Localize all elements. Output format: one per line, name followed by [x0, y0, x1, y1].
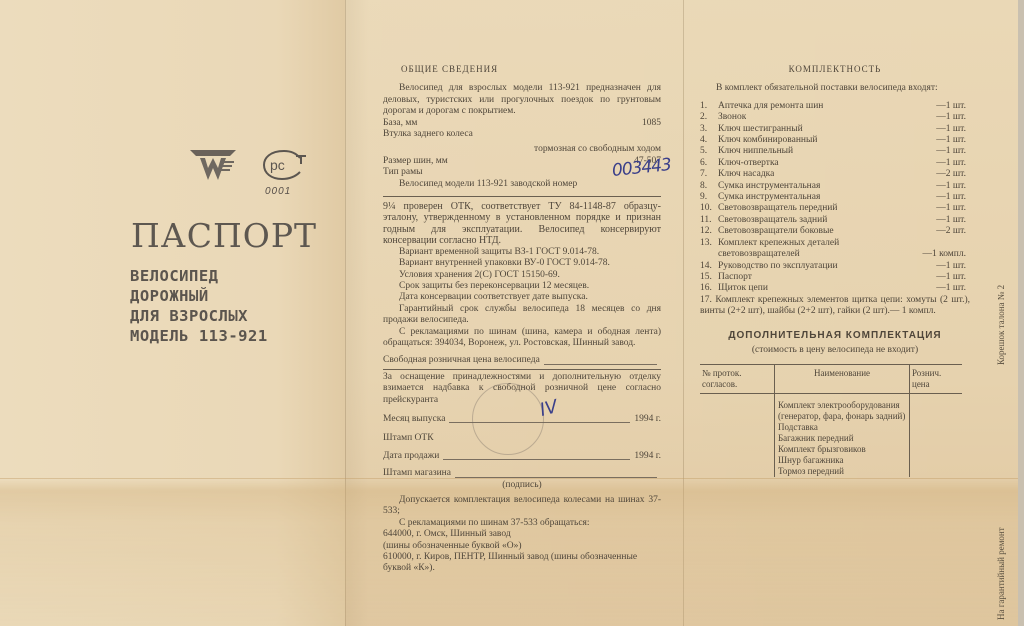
table-row: Багажник передний [700, 433, 962, 444]
kit-item-name: Руководство по эксплуатации [718, 261, 838, 272]
extra-item-name: Комплект электрооборудования (генератор,… [775, 394, 910, 423]
kit-item-name: Ключ-отвертка [718, 158, 779, 169]
kit-section: КОМПЛЕКТНОСТЬ В комплект обязательной по… [700, 64, 970, 477]
otk-paragraph: 9¼ проверен ОТК, соответствует ТУ 84-114… [383, 201, 661, 247]
claims-533: С рекламациями по шинам 37-533 обращатьс… [383, 518, 661, 529]
kit-item: 14.Руководство по эксплуатации—1 шт. [700, 261, 970, 272]
kit-item-17: 17. Комплект крепежных элементов щитка ц… [700, 295, 970, 318]
kit-item: 4.Ключ комбинированный—1 шт. [700, 135, 970, 146]
kit-intro: В комплект обязательной поставки велосип… [700, 83, 970, 94]
protection-term-line: Срок защиты без переконсервации 12 месяц… [383, 281, 661, 292]
column-header: № проток. согласов. [700, 365, 775, 394]
spec-row: Втулка заднего колеса [383, 129, 661, 140]
kit-item-quantity: —2 шт. [936, 169, 970, 180]
kit-item: 2.Звонок—1 шт. [700, 112, 970, 123]
warranty-line: Гарантийный срок службы велосипеда 18 ме… [383, 304, 661, 327]
kit-item-number: 8. [700, 181, 718, 192]
tire-claims: С рекламациями по шинам (шина, камера и … [383, 327, 661, 350]
general-info-section: ОБЩИЕ СВЕДЕНИЯ Велосипед для взрослых мо… [383, 64, 661, 575]
stub-title: Корешок талона № 2 [996, 285, 1006, 365]
spec-row: База, мм1085 [383, 118, 661, 129]
subtitle-line: ВЕЛОСИПЕД [130, 266, 268, 286]
kit-item-quantity: —1 шт. [936, 192, 970, 203]
table-row: Комплект брызговиков [700, 444, 962, 455]
kit-item-number: 2. [700, 112, 718, 123]
section-heading: ОБЩИЕ СВЕДЕНИЯ [383, 64, 661, 75]
kit-item-quantity: —1 шт. [936, 101, 970, 112]
kit-item: 6.Ключ-отвертка—1 шт. [700, 158, 970, 169]
kit-item-quantity: —1 шт. [936, 215, 970, 226]
subtitle-line: ДЛЯ ВЗРОСЛЫХ [130, 306, 268, 326]
protection-line: Вариант временной защиты ВЗ-1 ГОСТ 9.014… [383, 247, 661, 258]
table-row: Подставка [700, 422, 962, 433]
kit-item-number: 13. [700, 238, 718, 261]
address-line: 644000, г. Омск, Шинный завод [383, 529, 661, 540]
address-line: 610000, г. Киров, ПЕНТР, Шинный завод (ш… [383, 552, 661, 575]
conservation-date-line: Дата консервации соответствует дате выпу… [383, 292, 661, 303]
kit-item-quantity: —1 компл. [922, 249, 970, 260]
passport-title: ПАСПОРТ [131, 216, 317, 255]
kit-item-quantity: —1 шт. [936, 146, 970, 157]
kit-item-name: Световозвращатели боковые [718, 226, 834, 237]
extra-item-name: Комплект брызговиков [775, 444, 910, 455]
kit-item-name: Сумка инструментальная [718, 181, 820, 192]
warranty-stub: Корешок талона № 2 На гарантийный ремонт [993, 0, 1013, 626]
kit-item-number: 6. [700, 158, 718, 169]
kit-item-number: 7. [700, 169, 718, 180]
kit-item-quantity: —2 шт. [936, 226, 970, 237]
packaging-line: Вариант внутренней упаковки ВУ-0 ГОСТ 9.… [383, 258, 661, 269]
divider [383, 369, 661, 370]
kit-item-quantity: —1 шт. [936, 283, 970, 294]
kit-item: 12.Световозвращатели боковые—2 шт. [700, 226, 970, 237]
extra-heading: ДОПОЛНИТЕЛЬНАЯ КОМПЛЕКТАЦИЯ [700, 330, 970, 341]
column-header: Рознич. цена [910, 365, 963, 394]
kit-item-number: 3. [700, 124, 718, 135]
table-row: Комплект электрооборудования (генератор,… [700, 394, 962, 423]
kit-item: 15.Паспорт—1 шт. [700, 272, 970, 283]
extra-kit-table: № проток. согласов. Наименование Рознич.… [700, 364, 962, 477]
kit-item: 10.Световозвращатель передний—1 шт. [700, 203, 970, 214]
kit-item: 11.Световозвращатель задний—1 шт. [700, 215, 970, 226]
kit-item-name: Комплект крепежных деталей световозвраща… [718, 238, 878, 261]
kit-item-number: 12. [700, 226, 718, 237]
extra-item-name: Подставка [775, 422, 910, 433]
kit-item-number: 5. [700, 146, 718, 157]
kit-item: 5.Ключ ниппельный—1 шт. [700, 146, 970, 157]
kit-item-name: Щиток цепи [718, 283, 768, 294]
kit-item-name: Паспорт [718, 272, 752, 283]
kit-item: 9.Сумка инструментальная—1 шт. [700, 192, 970, 203]
shop-stamp-row: Штамп магазина [383, 468, 661, 479]
kit-item-name: Сумка инструментальная [718, 192, 820, 203]
kit-item-number: 1. [700, 101, 718, 112]
kit-item-quantity: —1 шт. [936, 112, 970, 123]
manufacturer-logo-icon [190, 148, 236, 182]
kit-item-number: 10. [700, 203, 718, 214]
kit-item-number: 9. [700, 192, 718, 203]
subtitle-line: ДОРОЖНЫЙ [130, 286, 268, 306]
kit-item-name: Световозвращатель передний [718, 203, 837, 214]
extra-item-name: Тормоз передний [775, 466, 910, 477]
wheels-note: Допускается комплектация велосипеда коле… [383, 495, 661, 518]
kit-item: 8.Сумка инструментальная—1 шт. [700, 181, 970, 192]
kit-item-quantity: —1 шт. [936, 203, 970, 214]
kit-item-number: 14. [700, 261, 718, 272]
extra-subheading: (стоимость в цену велосипеда не входит) [700, 345, 970, 356]
kit-list: 1.Аптечка для ремонта шин—1 шт.2.Звонок—… [700, 101, 970, 295]
page-edge [1018, 0, 1024, 626]
kit-item-number: 15. [700, 272, 718, 283]
kit-item: 1.Аптечка для ремонта шин—1 шт. [700, 101, 970, 112]
cover-subtitle: ВЕЛОСИПЕД ДОРОЖНЫЙ ДЛЯ ВЗРОСЛЫХ МОДЕЛЬ 1… [130, 266, 268, 346]
kit-item-quantity: —1 шт. [936, 124, 970, 135]
storage-line: Условия хранения 2(С) ГОСТ 15150-69. [383, 270, 661, 281]
extra-item-name: Багажник передний [775, 433, 910, 444]
kit-item-name: Звонок [718, 112, 746, 123]
intro-paragraph: Велосипед для взрослых модели 113-921 пр… [383, 83, 661, 117]
otk-stamp [472, 383, 544, 455]
section-heading: КОМПЛЕКТНОСТЬ [700, 64, 970, 75]
kit-item-name: Ключ насадка [718, 169, 774, 180]
signature-label: (подпись) [383, 480, 661, 491]
kit-item-name: Ключ ниппельный [718, 146, 793, 157]
kit-item-name: Аптечка для ремонта шин [718, 101, 823, 112]
kit-item-name: Световозвращатель задний [718, 215, 827, 226]
kit-item: 7.Ключ насадка—2 шт. [700, 169, 970, 180]
column-header: Наименование [775, 365, 910, 394]
kit-item: 3.Ключ шестигранный—1 шт. [700, 124, 970, 135]
kit-item-number: 11. [700, 215, 718, 226]
kit-item-quantity: —1 шт. [936, 272, 970, 283]
kit-item-name: Ключ комбинированный [718, 135, 817, 146]
sale-date-row: Дата продажи1994 г. [383, 451, 661, 462]
kit-item-quantity: —1 шт. [936, 181, 970, 192]
stub-caption: На гарантийный ремонт [996, 527, 1006, 620]
table-row: Тормоз передний [700, 466, 962, 477]
kit-item-number: 16. [700, 283, 718, 294]
kit-item: 16.Щиток цепи—1 шт. [700, 283, 970, 294]
table-row: Шнур багажника [700, 455, 962, 466]
extra-item-name: Шнур багажника [775, 455, 910, 466]
kit-item-name: Ключ шестигранный [718, 124, 803, 135]
subtitle-line: МОДЕЛЬ 113-921 [130, 326, 268, 346]
price-row: Свободная розничная цена велосипеда [383, 355, 661, 366]
kit-item-quantity: —1 шт. [936, 261, 970, 272]
kit-item-number: 4. [700, 135, 718, 146]
rst-certification-icon: pc [260, 148, 308, 182]
kit-item-quantity: —1 шт. [936, 158, 970, 169]
spec-row: тормозная со свободным ходом [383, 144, 661, 155]
kit-item: 13.Комплект крепежных деталей световозвр… [700, 238, 970, 261]
certification-code: 0001 [265, 186, 291, 197]
kit-item-quantity: —1 шт. [936, 135, 970, 146]
divider [383, 196, 661, 197]
svg-text:pc: pc [270, 157, 285, 173]
address-line: (шины обозначенные буквой «О») [383, 541, 661, 552]
